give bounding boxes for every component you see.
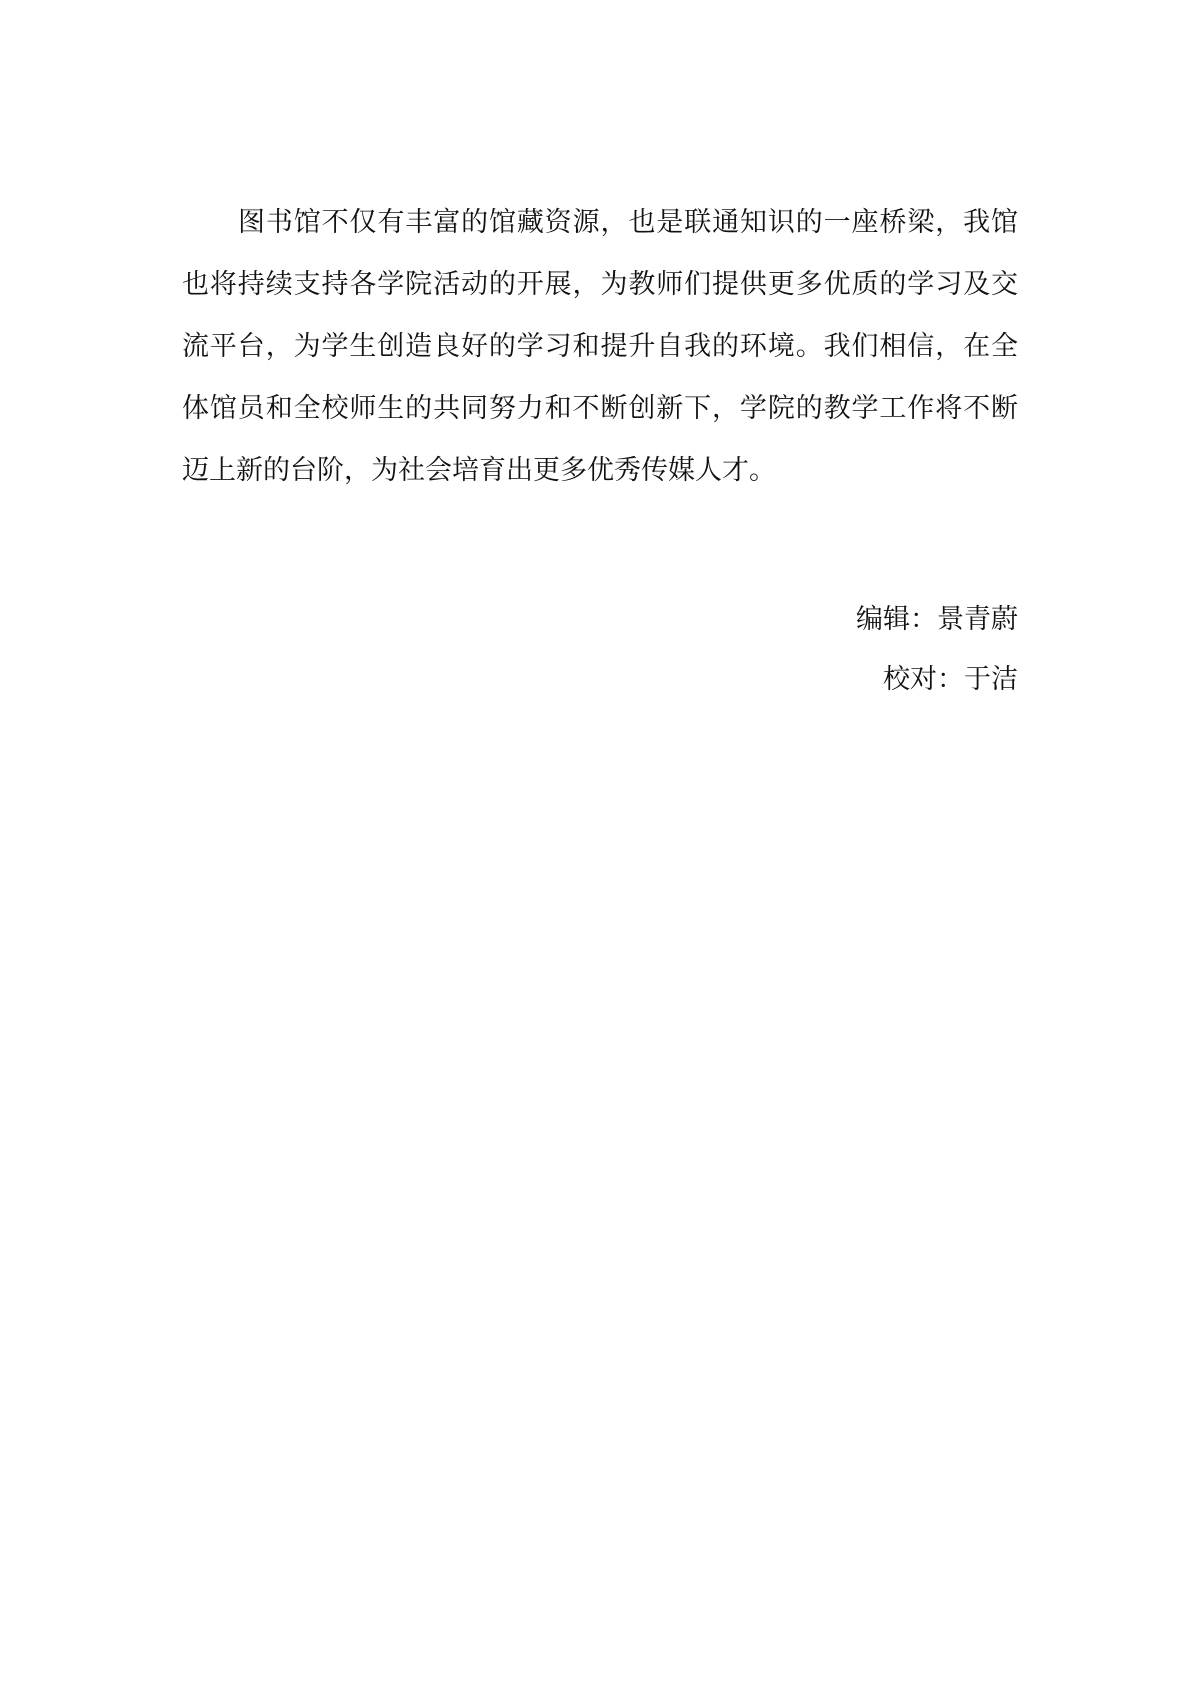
editor-credit: 编辑：景青蔚 bbox=[856, 603, 1018, 637]
paragraph-line-4: 体馆员和全校师生的共同努力和不断创新下，学院的教学工作将不断 bbox=[182, 392, 1018, 426]
document-page: 图书馆不仅有丰富的馆藏资源，也是联通知识的一座桥梁，我馆 也将持续支持各学院活动… bbox=[0, 0, 1191, 1684]
paragraph-line-5: 迈上新的台阶，为社会培育出更多优秀传媒人才。 bbox=[182, 454, 1018, 488]
paragraph-line-3: 流平台，为学生创造良好的学习和提升自我的环境。我们相信，在全 bbox=[182, 330, 1018, 364]
paragraph-line-2: 也将持续支持各学院活动的开展，为教师们提供更多优质的学习及交 bbox=[182, 268, 1018, 302]
paragraph-line-1: 图书馆不仅有丰富的馆藏资源，也是联通知识的一座桥梁，我馆 bbox=[238, 206, 1018, 240]
proofreader-credit: 校对：于洁 bbox=[883, 663, 1018, 697]
